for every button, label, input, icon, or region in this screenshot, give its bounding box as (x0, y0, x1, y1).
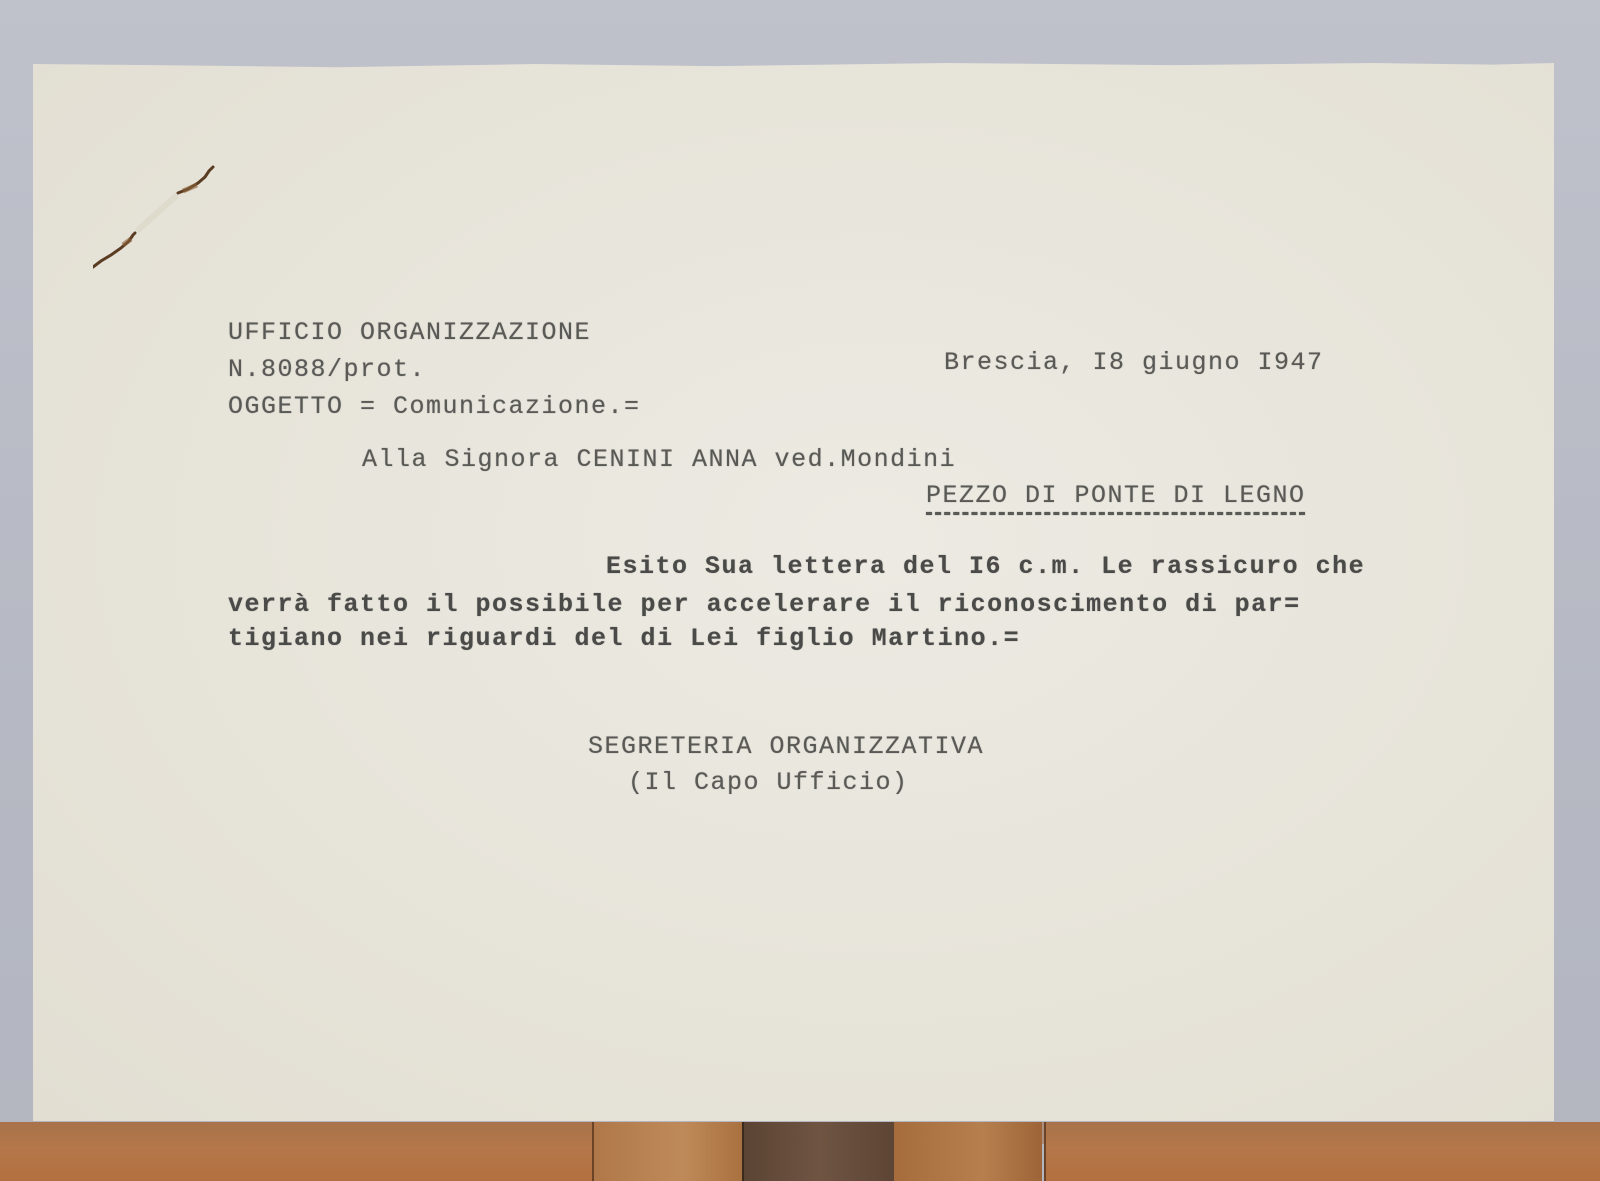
wooden-block-left (594, 1122, 742, 1181)
wooden-shelf-left (0, 1122, 594, 1181)
place-date: Brescia, I8 giugno I947 (944, 350, 1324, 375)
signature-title: (Il Capo Ufficio) (628, 770, 909, 795)
office-heading: UFFICIO ORGANIZZAZIONE (228, 320, 591, 345)
signature-office: SEGRETERIA ORGANIZZATIVA (588, 734, 984, 759)
body-line-3: tigiano nei riguardi del di Lei figlio M… (228, 626, 1020, 651)
wooden-shelf-right (1044, 1122, 1600, 1181)
recipient-name: Alla Signora CENINI ANNA ved.Mondini (362, 447, 956, 472)
body-line-1: Esito Sua lettera del I6 c.m. Le rassicu… (606, 554, 1365, 579)
body-line-2: verrà fatto il possibile per accelerare … (228, 592, 1301, 617)
subject-line: OGGETTO = Comunicazione.= (228, 394, 641, 419)
tear-mark-icon (93, 155, 223, 275)
wooden-block-right (894, 1122, 1042, 1181)
protocol-number: N.8088/prot. (228, 357, 426, 382)
shelf-gap (742, 1122, 896, 1181)
recipient-address: PEZZO DI PONTE DI LEGNO (926, 483, 1306, 508)
